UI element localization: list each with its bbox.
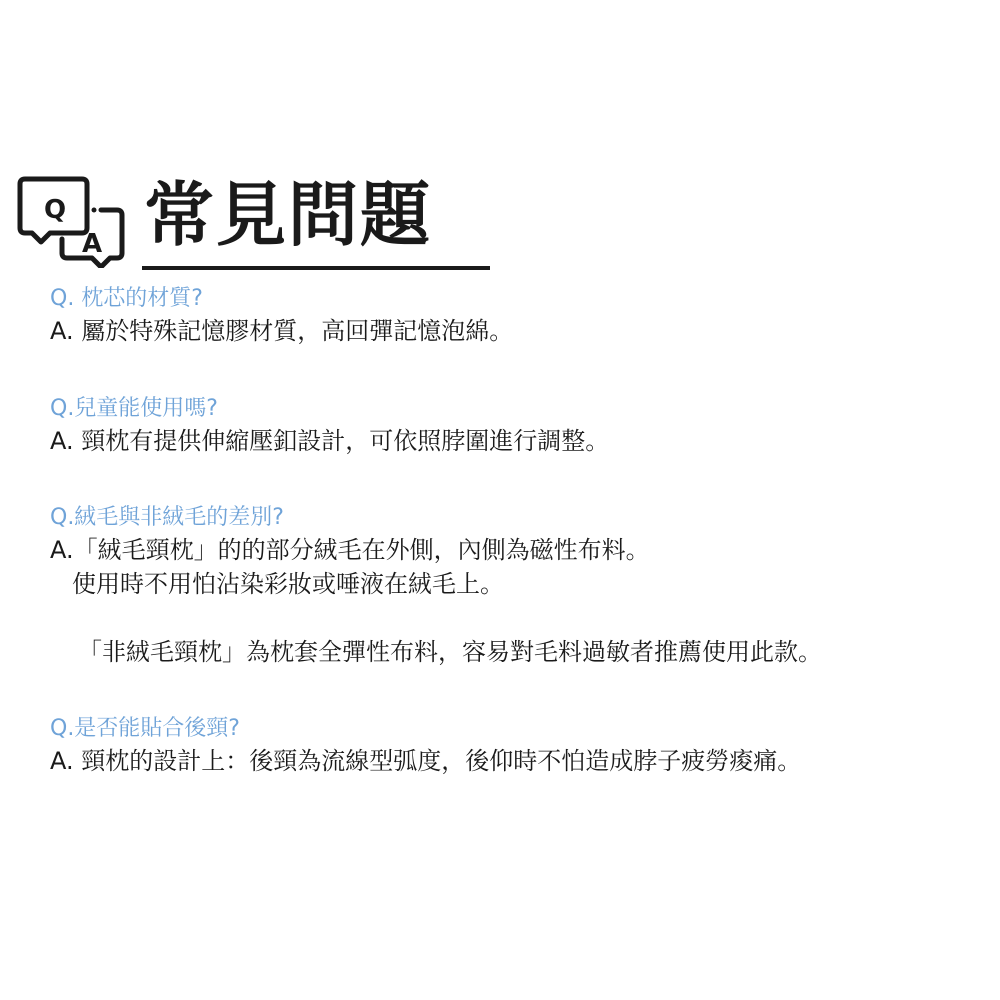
faq-answer: A.「絨毛頸枕」的的部分絨毛在外側，內側為磁性布料。 (50, 533, 822, 567)
faq-answer-continued: 使用時不用怕沾染彩妝或唾液在絨毛上。 (50, 567, 822, 601)
faq-item-1: Q. 枕芯的材質? A. 屬於特殊記憶膠材質，高回彈記憶泡綿。 (50, 284, 513, 348)
faq-item-4: Q.是否能貼合後頸? A. 頸枕的設計上：後頸為流線型弧度，後仰時不怕造成脖子疲… (50, 714, 801, 778)
faq-header: Q A 常見問題 (14, 172, 494, 272)
faq-question: Q. 枕芯的材質? (50, 284, 513, 314)
page-title: 常見問題 (144, 172, 432, 258)
faq-question: Q.兒童能使用嗎? (50, 394, 609, 424)
faq-answer: A. 頸枕的設計上：後頸為流線型弧度，後仰時不怕造成脖子疲勞痠痛。 (50, 744, 801, 778)
faq-item-3: Q.絨毛與非絨毛的差別? A.「絨毛頸枕」的的部分絨毛在外側，內側為磁性布料。 … (50, 503, 822, 669)
faq-question: Q.絨毛與非絨毛的差別? (50, 503, 822, 533)
svg-text:A: A (82, 229, 102, 259)
faq-question: Q.是否能貼合後頸? (50, 714, 801, 744)
title-underline (142, 266, 490, 270)
faq-answer: A. 頸枕有提供伸縮壓釦設計，可依照脖圍進行調整。 (50, 424, 609, 458)
qa-chat-bubbles-icon: Q A (14, 176, 129, 268)
faq-answer: A. 屬於特殊記憶膠材質，高回彈記憶泡綿。 (50, 314, 513, 348)
faq-item-2: Q.兒童能使用嗎? A. 頸枕有提供伸縮壓釦設計，可依照脖圍進行調整。 (50, 394, 609, 458)
svg-text:Q: Q (44, 195, 66, 225)
faq-answer-continued: 「非絨毛頸枕」為枕套全彈性布料，容易對毛料過敏者推薦使用此款。 (50, 635, 822, 669)
